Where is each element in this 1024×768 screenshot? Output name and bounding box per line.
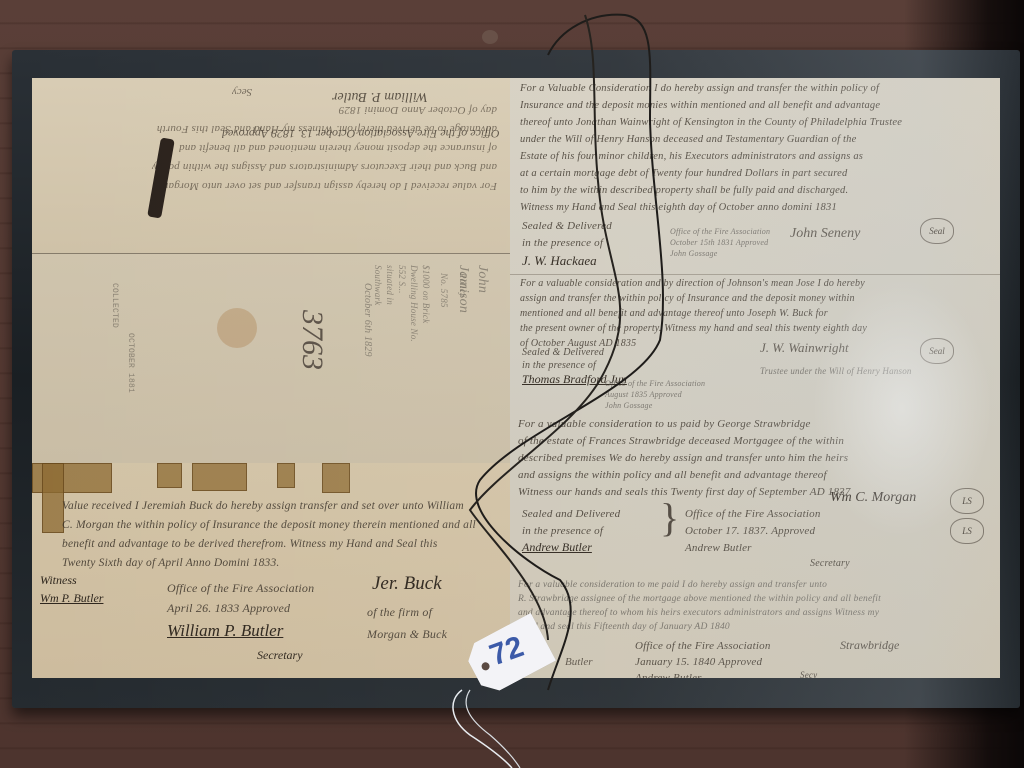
panel-left-bottom: Value received I Jeremiah Buck do hereby… [32, 463, 510, 678]
docket-date: October 6th 1829 [358, 283, 377, 357]
1840-assignment-text: For a valuable consideration to me paid … [518, 578, 998, 634]
upside-office-label: Office of the Fire Association October 1… [222, 127, 500, 141]
tag-hole [480, 661, 491, 672]
panel-left-top: For value received I do hereby assign tr… [32, 78, 510, 253]
1840-office-text: Office of the Fire Association January 1… [635, 638, 771, 678]
upside-down-signature: William P. Butler [332, 88, 428, 104]
strawbridge-signature: Strawbridge [840, 638, 899, 653]
1837-office-text: Office of the Fire Association October 1… [685, 506, 821, 557]
wainwright-office-text: Office of the Fire Association October 1… [670, 226, 770, 259]
secretary-signature: William P. Butler [167, 621, 283, 641]
seal-mark: Seal [920, 218, 954, 244]
upside-down-office-text: Office of the Fire Association October 1… [222, 126, 500, 141]
tape-strip [277, 463, 295, 488]
witness-label: Witness [40, 573, 77, 588]
tape-strip [42, 463, 64, 533]
seal-mark: Seal [920, 338, 954, 364]
firm-text: of the firm of Morgan & Buck [367, 601, 447, 645]
buck-signature: Jer. Buck [372, 573, 442, 595]
picture-frame: For value received I do hereby assign tr… [12, 50, 1020, 708]
docket-stamp-1: COLLECTED [105, 283, 124, 328]
butler-witness-label: Sealed and Delivered in the presence of [522, 506, 620, 540]
office-approval-text: Office of the Fire Association April 26.… [167, 578, 314, 618]
water-stain [217, 308, 257, 348]
morgan-signature: Wm C. Morgan [830, 490, 916, 506]
fold-line [32, 253, 510, 254]
wainwright-witness-label: Sealed & Delivered in the presence of [522, 218, 612, 252]
panel-left-docket: John Jamison Policy No. 5785 $1000 on Br… [32, 253, 510, 463]
buck-assignment-text: Value received I Jeremiah Buck do hereby… [62, 497, 507, 573]
section-divider [510, 274, 1000, 275]
1840-witness-name: Butler [565, 656, 593, 668]
upside-down-role: Secy [232, 86, 252, 98]
bradford-witness-label: Sealed & Delivered in the presence of [522, 346, 604, 372]
tape-strip [192, 463, 247, 491]
1835-office-text: Office of the Fire Association August 18… [605, 378, 705, 411]
seneny-signature: John Seneny [790, 226, 860, 242]
secretary-role: Secretary [257, 648, 303, 663]
strawbridge-assignment-text: For a valuable consideration to us paid … [518, 416, 998, 501]
docket-notes: $1000 on Brick Dwelling House No. 552 S.… [372, 265, 432, 343]
upside-down-assignment-text: For value received I do hereby assign tr… [42, 100, 497, 195]
tape-strip [322, 463, 350, 493]
panel-right: For a Valuable Consideration I do hereby… [510, 78, 1000, 678]
1840-secretary-role: Secy [800, 666, 817, 678]
secretary-label: Secretary [810, 554, 850, 573]
wainwright-signature: J. W. Wainwright [760, 340, 849, 356]
brace-mark: } [660, 498, 679, 538]
wood-knot [482, 30, 498, 44]
wainwright-witness-name: J. W. Hackaea [522, 253, 597, 269]
witness-name: Wm P. Butler [40, 591, 103, 606]
butler-witness-name: Andrew Butler [522, 540, 592, 555]
docket-number: 3763 [295, 310, 329, 370]
buck-transfer-text: For a valuable consideration and by dire… [520, 276, 995, 351]
wainwright-assignment-text: For a Valuable Consideration I do hereby… [520, 80, 995, 216]
seal-ls-2: LS [950, 518, 984, 544]
docket-stamp-2: OCTOBER 1881 [121, 333, 140, 393]
tape-strip [157, 463, 182, 488]
docket-policy-line: Policy No. 5785 [434, 273, 472, 311]
trustee-role: Trustee under the Will of Henry Hanson [760, 362, 912, 381]
seal-ls-1: LS [950, 488, 984, 514]
price-tag-number: 72 [485, 630, 528, 673]
document-paper: For value received I do hereby assign tr… [32, 78, 1000, 678]
